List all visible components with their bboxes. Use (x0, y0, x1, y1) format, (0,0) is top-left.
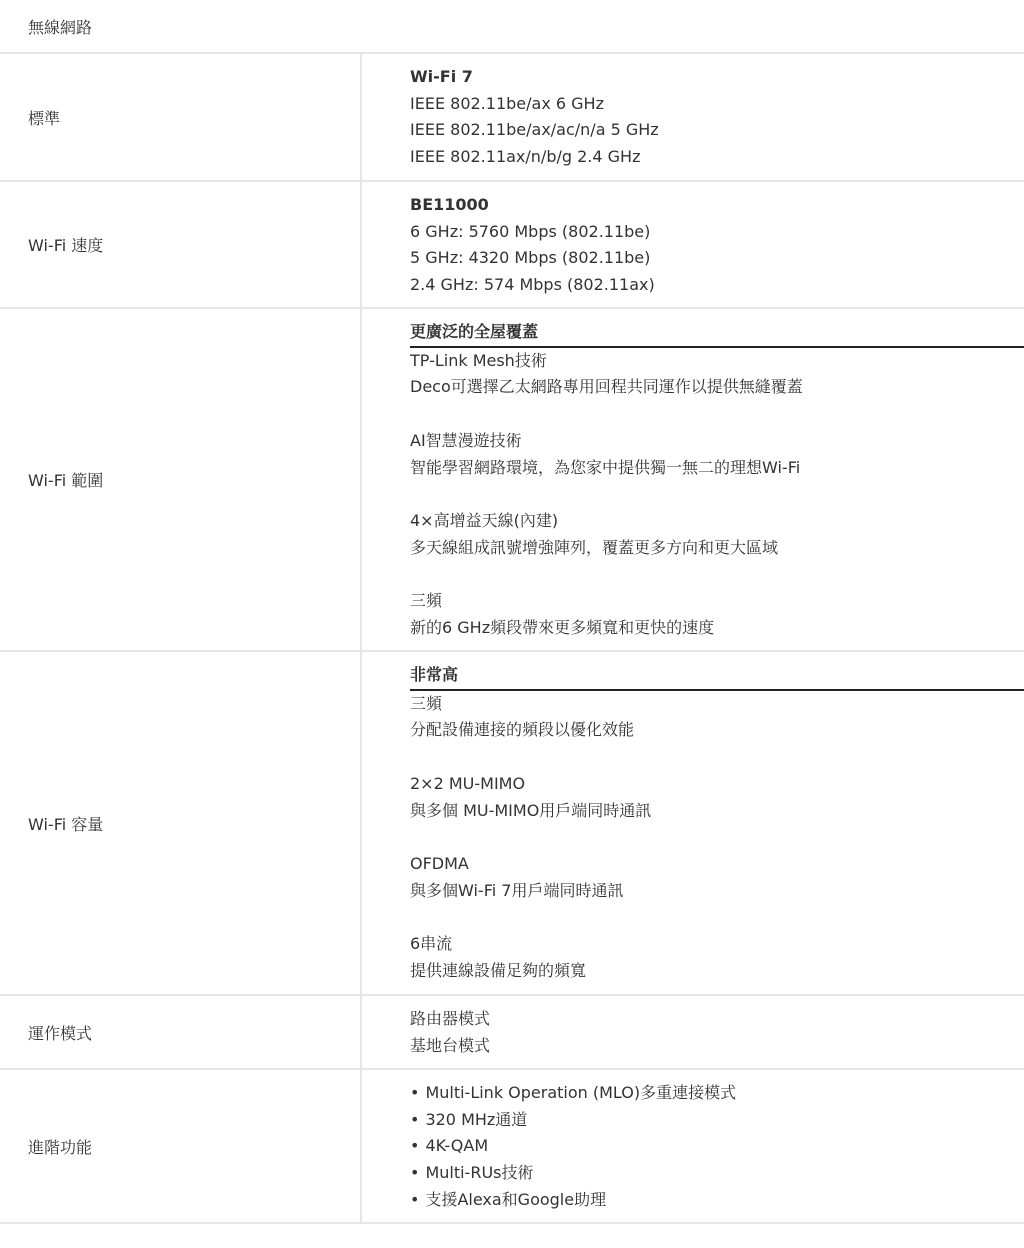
spec-value: Wi-Fi 7 IEEE 802.11be/ax 6 GHz IEEE 802.… (362, 54, 1024, 180)
spec-row-capacity: Wi-Fi 容量 非常高 三頻 分配設備連接的頻段以優化效能 2×2 MU-MI… (0, 652, 1024, 996)
spec-line: IEEE 802.11ax/n/b/g 2.4 GHz (410, 144, 1024, 171)
feature-title: 6串流 (410, 931, 1024, 958)
spec-line: IEEE 802.11be/ax/ac/n/a 5 GHz (410, 117, 1024, 144)
spec-label: 運作模式 (0, 996, 362, 1068)
spec-heading: Wi-Fi 7 (410, 64, 1024, 91)
spec-label: Wi-Fi 範圍 (0, 309, 362, 650)
feature-title: OFDMA (410, 851, 1024, 878)
feature-desc: 與多個 MU-MIMO用戶端同時通訊 (410, 798, 1024, 825)
spec-subheading: 更廣泛的全屋覆蓋 (410, 319, 1024, 348)
spec-line: 基地台模式 (410, 1033, 1024, 1060)
feature-desc: 智能學習網路環境，為您家中提供獨一無二的理想Wi-Fi (410, 455, 1024, 482)
feature-desc: 提供連線設備足夠的頻寬 (410, 958, 1024, 985)
feature-desc: 多天線組成訊號增強陣列，覆蓋更多方向和更大區域 (410, 535, 1024, 562)
spec-label: Wi-Fi 速度 (0, 182, 362, 307)
feature-title: 三頻 (410, 691, 1024, 718)
spec-label: 標準 (0, 54, 362, 180)
spec-row-mode: 運作模式 路由器模式 基地台模式 (0, 996, 1024, 1070)
feature-title: AI智慧漫遊技術 (410, 428, 1024, 455)
feature-desc: Deco可選擇乙太網路專用回程共同運作以提供無縫覆蓋 (410, 374, 1024, 401)
spec-line: 2.4 GHz: 574 Mbps (802.11ax) (410, 272, 1024, 299)
spec-label: Wi-Fi 容量 (0, 652, 362, 994)
spec-value: BE11000 6 GHz: 5760 Mbps (802.11be) 5 GH… (362, 182, 1024, 307)
spec-value: Multi-Link Operation (MLO)多重連接模式 320 MHz… (362, 1070, 1024, 1222)
spec-line: IEEE 802.11be/ax 6 GHz (410, 91, 1024, 118)
feature-bullet: Multi-RUs技術 (410, 1160, 1024, 1187)
feature-title: 2×2 MU-MIMO (410, 771, 1024, 798)
feature-title: 4×高增益天線(內建) (410, 508, 1024, 535)
spec-line: 6 GHz: 5760 Mbps (802.11be) (410, 219, 1024, 246)
spec-value: 更廣泛的全屋覆蓋 TP-Link Mesh技術 Deco可選擇乙太網路專用回程共… (362, 309, 1024, 650)
spec-subheading: 非常高 (410, 662, 1024, 691)
feature-bullet: 支援Alexa和Google助理 (410, 1187, 1024, 1214)
feature-desc: 分配設備連接的頻段以優化效能 (410, 717, 1024, 744)
spec-row-standard: 標準 Wi-Fi 7 IEEE 802.11be/ax 6 GHz IEEE 8… (0, 54, 1024, 182)
spec-heading: BE11000 (410, 192, 1024, 219)
spec-value: 路由器模式 基地台模式 (362, 996, 1024, 1068)
feature-desc: 與多個Wi-Fi 7用戶端同時通訊 (410, 878, 1024, 905)
spec-value: 非常高 三頻 分配設備連接的頻段以優化效能 2×2 MU-MIMO 與多個 MU… (362, 652, 1024, 994)
spec-line: 路由器模式 (410, 1006, 1024, 1033)
feature-desc: 新的6 GHz頻段帶來更多頻寬和更快的速度 (410, 615, 1024, 642)
feature-bullet: 4K-QAM (410, 1133, 1024, 1160)
feature-title: 三頻 (410, 588, 1024, 615)
spec-line: 5 GHz: 4320 Mbps (802.11be) (410, 245, 1024, 272)
spec-row-advanced: 進階功能 Multi-Link Operation (MLO)多重連接模式 32… (0, 1070, 1024, 1224)
spec-row-speed: Wi-Fi 速度 BE11000 6 GHz: 5760 Mbps (802.1… (0, 182, 1024, 309)
feature-bullet: Multi-Link Operation (MLO)多重連接模式 (410, 1080, 1024, 1107)
feature-bullet: 320 MHz通道 (410, 1107, 1024, 1134)
spec-row-range: Wi-Fi 範圍 更廣泛的全屋覆蓋 TP-Link Mesh技術 Deco可選擇… (0, 309, 1024, 652)
feature-title: TP-Link Mesh技術 (410, 348, 1024, 375)
section-title: 無線網路 (0, 0, 1024, 54)
spec-label: 進階功能 (0, 1070, 362, 1222)
